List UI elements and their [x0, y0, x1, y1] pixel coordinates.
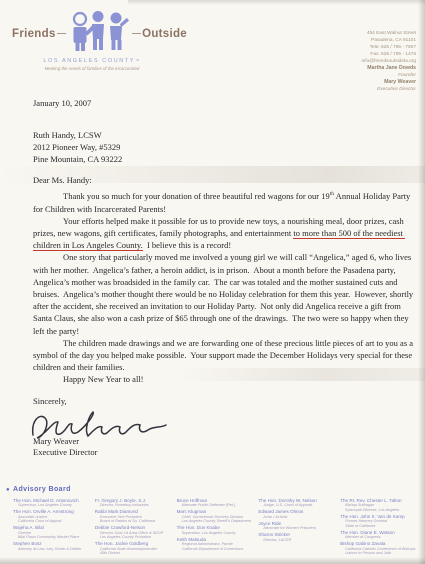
letter-content: January 10, 2007 Ruth Handy, LCSW 2012 P… [33, 97, 417, 458]
trademark-mark: ™ [135, 58, 141, 63]
director-title: Executive Director [362, 86, 416, 93]
advisory-member-title: Episcopal Diocese, Los Angeles [345, 508, 417, 513]
signer-name: Mary Weaver [33, 436, 417, 447]
advisory-heading-text: Advisory Board [13, 486, 71, 493]
closing: Sincerely, [33, 395, 417, 407]
advisory-member-title: Member of Congress [345, 535, 417, 540]
p1-text: Thank you so much for your donation of t… [63, 191, 330, 201]
advisory-heading: ●Advisory Board [6, 486, 422, 493]
advisory-member-title: Actor / Activist [263, 515, 335, 520]
signer-title: Executive Director [33, 447, 417, 458]
advisory-columns: The Hon. Michael D. AntonovichSupervisor… [13, 496, 422, 556]
logo-row: Friends [12, 10, 187, 57]
scan-artifact-band [179, 368, 425, 381]
contact-city: Pasadena, CA 91101 [362, 37, 416, 44]
recipient-street: 2012 Pioneer Way, #5329 [33, 141, 417, 153]
contact-fax: Fax: 626 / 795 - 1476 [362, 51, 416, 58]
recipient-block: Ruth Handy, LCSW 2012 Pioneer Way, #5329… [33, 129, 417, 165]
advisory-column: The Hon. Dorothy W. NelsonJudge, U.S. Co… [258, 496, 340, 556]
advisory-column: The Rt. Rev. Chester L. TaltonBishop Suf… [340, 496, 422, 556]
advisory-member-title: California Department of Corrections [182, 547, 254, 552]
advisory-column: The Hon. Michael D. AntonovichSupervisor… [13, 496, 95, 556]
logo-rule-left [57, 33, 66, 34]
advisory-member-title: Director, LACER [263, 538, 335, 543]
paper-edge-shadow [128, 0, 425, 5]
contact-email: info@friendsoutsidela.org [362, 58, 416, 65]
advisory-member-title: California Court of Appeal [18, 519, 90, 524]
paper-edge-shadow [0, 557, 425, 564]
advisory-member-title: Director, Homeboy Industries [100, 503, 172, 508]
advisory-member-title: Advocate for Women Prisoners [263, 526, 335, 531]
paper-edge-shadow [418, 0, 425, 564]
advisory-member-title: Judge, U.S. Court of Appeals [263, 503, 335, 508]
body-paragraph-3: One story that particularly moved me inv… [33, 251, 417, 336]
contact-block: 454 East Walnut Street Pasadena, CA 9110… [362, 30, 416, 93]
advisory-column: Fr. Gregory J. Boyle, S.J.Director, Home… [95, 496, 177, 556]
letter-date: January 10, 2007 [33, 97, 417, 109]
advisory-member-title: Los Angeles County Sheriff's Department [182, 519, 254, 524]
p2-text-after: I believe this is a record! [143, 240, 232, 250]
bullet-icon: ● [6, 487, 10, 493]
contact-phone: Tele: 626 / 795 - 7607 [362, 44, 416, 51]
advisory-member-title: Board of Rabbis of So. California [100, 519, 172, 524]
logo-word-outside: Outside [142, 28, 187, 40]
scan-artifact-band [0, 166, 425, 183]
founder-title: Founder [362, 72, 416, 79]
family-figures-icon [68, 10, 130, 57]
advisory-member-title: Supervisor, Los Angeles County [182, 531, 254, 536]
director-name: Mary Weaver [362, 79, 416, 86]
advisory-member-title: Liaison to Prisons and Jails [345, 551, 417, 556]
recipient-city: Pine Mountain, CA 93222 [33, 153, 417, 165]
advisory-member-title: Los Angeles County Probation [100, 535, 172, 540]
body-paragraph-1: Thank you so much for your donation of t… [33, 190, 417, 214]
logo-tagline: Meeting the needs of families of the inc… [30, 66, 154, 71]
logo-subtitle: Los Angeles County™ [40, 58, 144, 64]
recipient-name: Ruth Handy, LCSW [33, 129, 417, 141]
logo-rule-right [132, 33, 141, 34]
advisory-member-title: Bilal Plaza Community Market Place [18, 535, 90, 540]
advisory-member-title: Alternate Public Defender (Ret.) [182, 503, 254, 508]
advisory-column: Bruce HoffmanAlternate Public Defender (… [177, 496, 259, 556]
contact-street: 454 East Walnut Street [362, 30, 416, 37]
body-paragraph-2: Your efforts helped make it possible for… [33, 215, 417, 252]
org-logo: Friends [12, 10, 187, 71]
logo-subtitle-text: Los Angeles County [43, 58, 135, 64]
advisory-member-title: Attorney at Law, Ivey, Kirwin & Didder [18, 547, 90, 552]
advisory-member-title: 45th District [100, 551, 172, 556]
advisory-member-title: Supervisor, Los Angeles County [18, 503, 90, 508]
advisory-member-title: State of California [345, 524, 417, 529]
scanned-letter: Friends [0, 0, 425, 564]
founder-name: Martha Jane Dowds [362, 65, 416, 72]
logo-word-friends: Friends [12, 28, 56, 40]
advisory-board-section: ●Advisory Board The Hon. Michael D. Anto… [6, 486, 422, 556]
